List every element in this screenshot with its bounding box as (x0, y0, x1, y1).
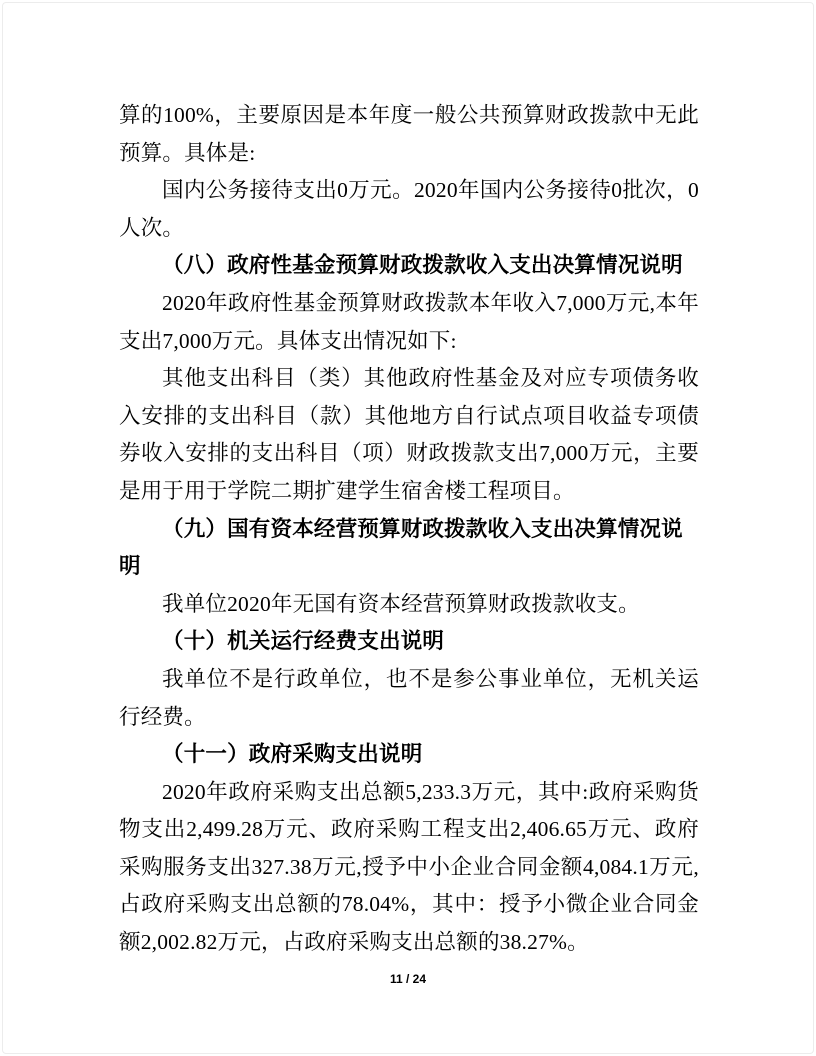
paragraph-no-state-capital: 我单位2020年无国有资本经营预算财政拨款收支。 (119, 586, 699, 624)
paragraph-other-expense-items: 其他支出科目（类）其他政府性基金及对应专项债务收入安排的支出科目（款）其他地方自… (119, 360, 699, 510)
paragraph-budget-100-percent: 算的100%，主要原因是本年度一般公共预算财政拨款中无此预算。具体是: (119, 97, 699, 172)
paragraph-not-admin-unit: 我单位不是行政单位，也不是参公事业单位，无机关运行经费。 (119, 661, 699, 736)
page-number: 11 / 24 (0, 972, 816, 986)
heading-section-9-state-capital-budget: （九）国有资本经营预算财政拨款收入支出决算情况说明 (119, 511, 699, 586)
paragraph-govt-fund-income-expense: 2020年政府性基金预算财政拨款本年收入7,000万元,本年支出7,000万元。… (119, 285, 699, 360)
document-page: 算的100%，主要原因是本年度一般公共预算财政拨款中无此预算。具体是: 国内公务… (0, 0, 816, 1056)
heading-section-10-operating-funds: （十）机关运行经费支出说明 (119, 623, 699, 661)
heading-section-11-govt-procurement: （十一）政府采购支出说明 (119, 736, 699, 774)
heading-section-8-govt-fund-budget: （八）政府性基金预算财政拨款收入支出决算情况说明 (119, 247, 699, 285)
paragraph-official-reception: 国内公务接待支出0万元。2020年国内公务接待0批次，0人次。 (119, 172, 699, 247)
document-body: 算的100%，主要原因是本年度一般公共预算财政拨款中无此预算。具体是: 国内公务… (119, 97, 699, 962)
paragraph-procurement-totals: 2020年政府采购支出总额5,233.3万元，其中:政府采购货物支出2,499.… (119, 774, 699, 962)
